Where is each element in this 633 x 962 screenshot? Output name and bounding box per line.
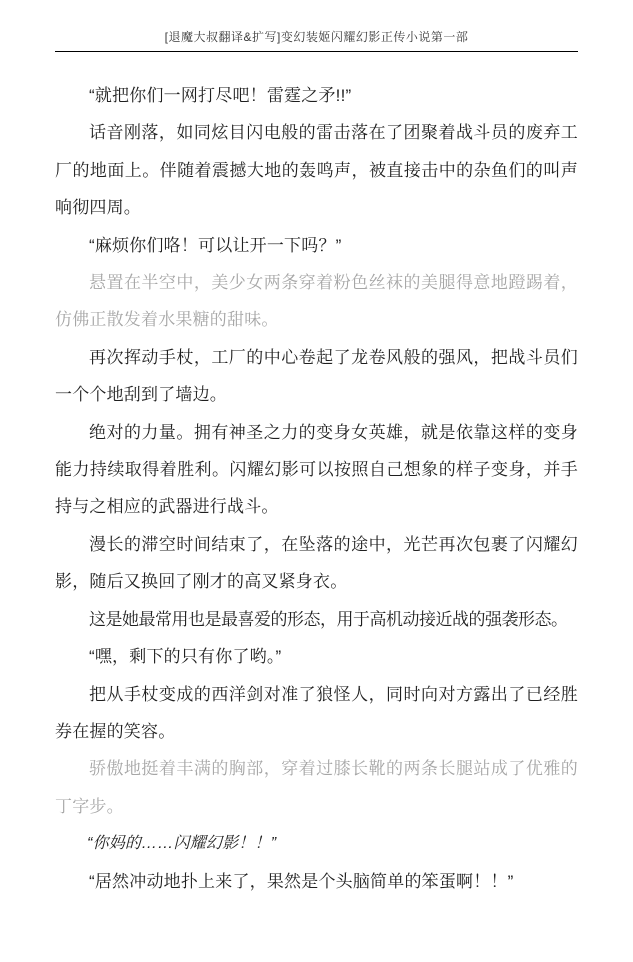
document-body: “就把你们一网打尽吧！雷霆之矛!!” 话音刚落，如同炫目闪电般的雷击落在了团聚着… (55, 52, 578, 900)
paragraph: 这是她最常用也是最喜爱的形态，用于高机动接近战的强袭形态。 (55, 601, 578, 638)
paragraph: 漫长的滞空时间结束了，在坠落的途中，光芒再次包裹了闪耀幻影，随后又换回了刚才的高… (55, 526, 578, 601)
document-page: [退魔大叔翻译&扩写]变幻装姬闪耀幻影正传小说第一部 “就把你们一网打尽吧！雷霆… (0, 0, 633, 962)
paragraph: 把从手杖变成的西洋剑对准了狼怪人，同时向对方露出了已经胜券在握的笑容。 (55, 676, 578, 751)
paragraph: “你妈的……闪耀幻影！！” (55, 825, 578, 862)
paragraph: “居然冲动地扑上来了，果然是个头脑简单的笨蛋啊！！” (55, 863, 578, 900)
paragraph: “麻烦你们咯！可以让开一下吗？” (55, 227, 578, 264)
paragraph: 话音刚落，如同炫目闪电般的雷击落在了团聚着战斗员的废弃工厂的地面上。伴随着震撼大… (55, 114, 578, 226)
page-header: [退魔大叔翻译&扩写]变幻装姬闪耀幻影正传小说第一部 (55, 0, 578, 52)
paragraph: 再次挥动手杖，工厂的中心卷起了龙卷风般的强风，把战斗员们一个个地刮到了墙边。 (55, 339, 578, 414)
page-header-title: [退魔大叔翻译&扩写]变幻装姬闪耀幻影正传小说第一部 (55, 30, 578, 45)
paragraph: 骄傲地挺着丰满的胸部，穿着过膝长靴的两条长腿站成了优雅的丁字步。 (55, 750, 578, 825)
paragraph: 悬置在半空中，美少女两条穿着粉色丝袜的美腿得意地蹬踢着，仿佛正散发着水果糖的甜味… (55, 264, 578, 339)
paragraph: “嘿，剩下的只有你了哟。” (55, 638, 578, 675)
paragraph: “就把你们一网打尽吧！雷霆之矛!!” (55, 77, 578, 114)
paragraph: 绝对的力量。拥有神圣之力的变身女英雄，就是依靠这样的变身能力持续取得着胜利。闪耀… (55, 414, 578, 526)
